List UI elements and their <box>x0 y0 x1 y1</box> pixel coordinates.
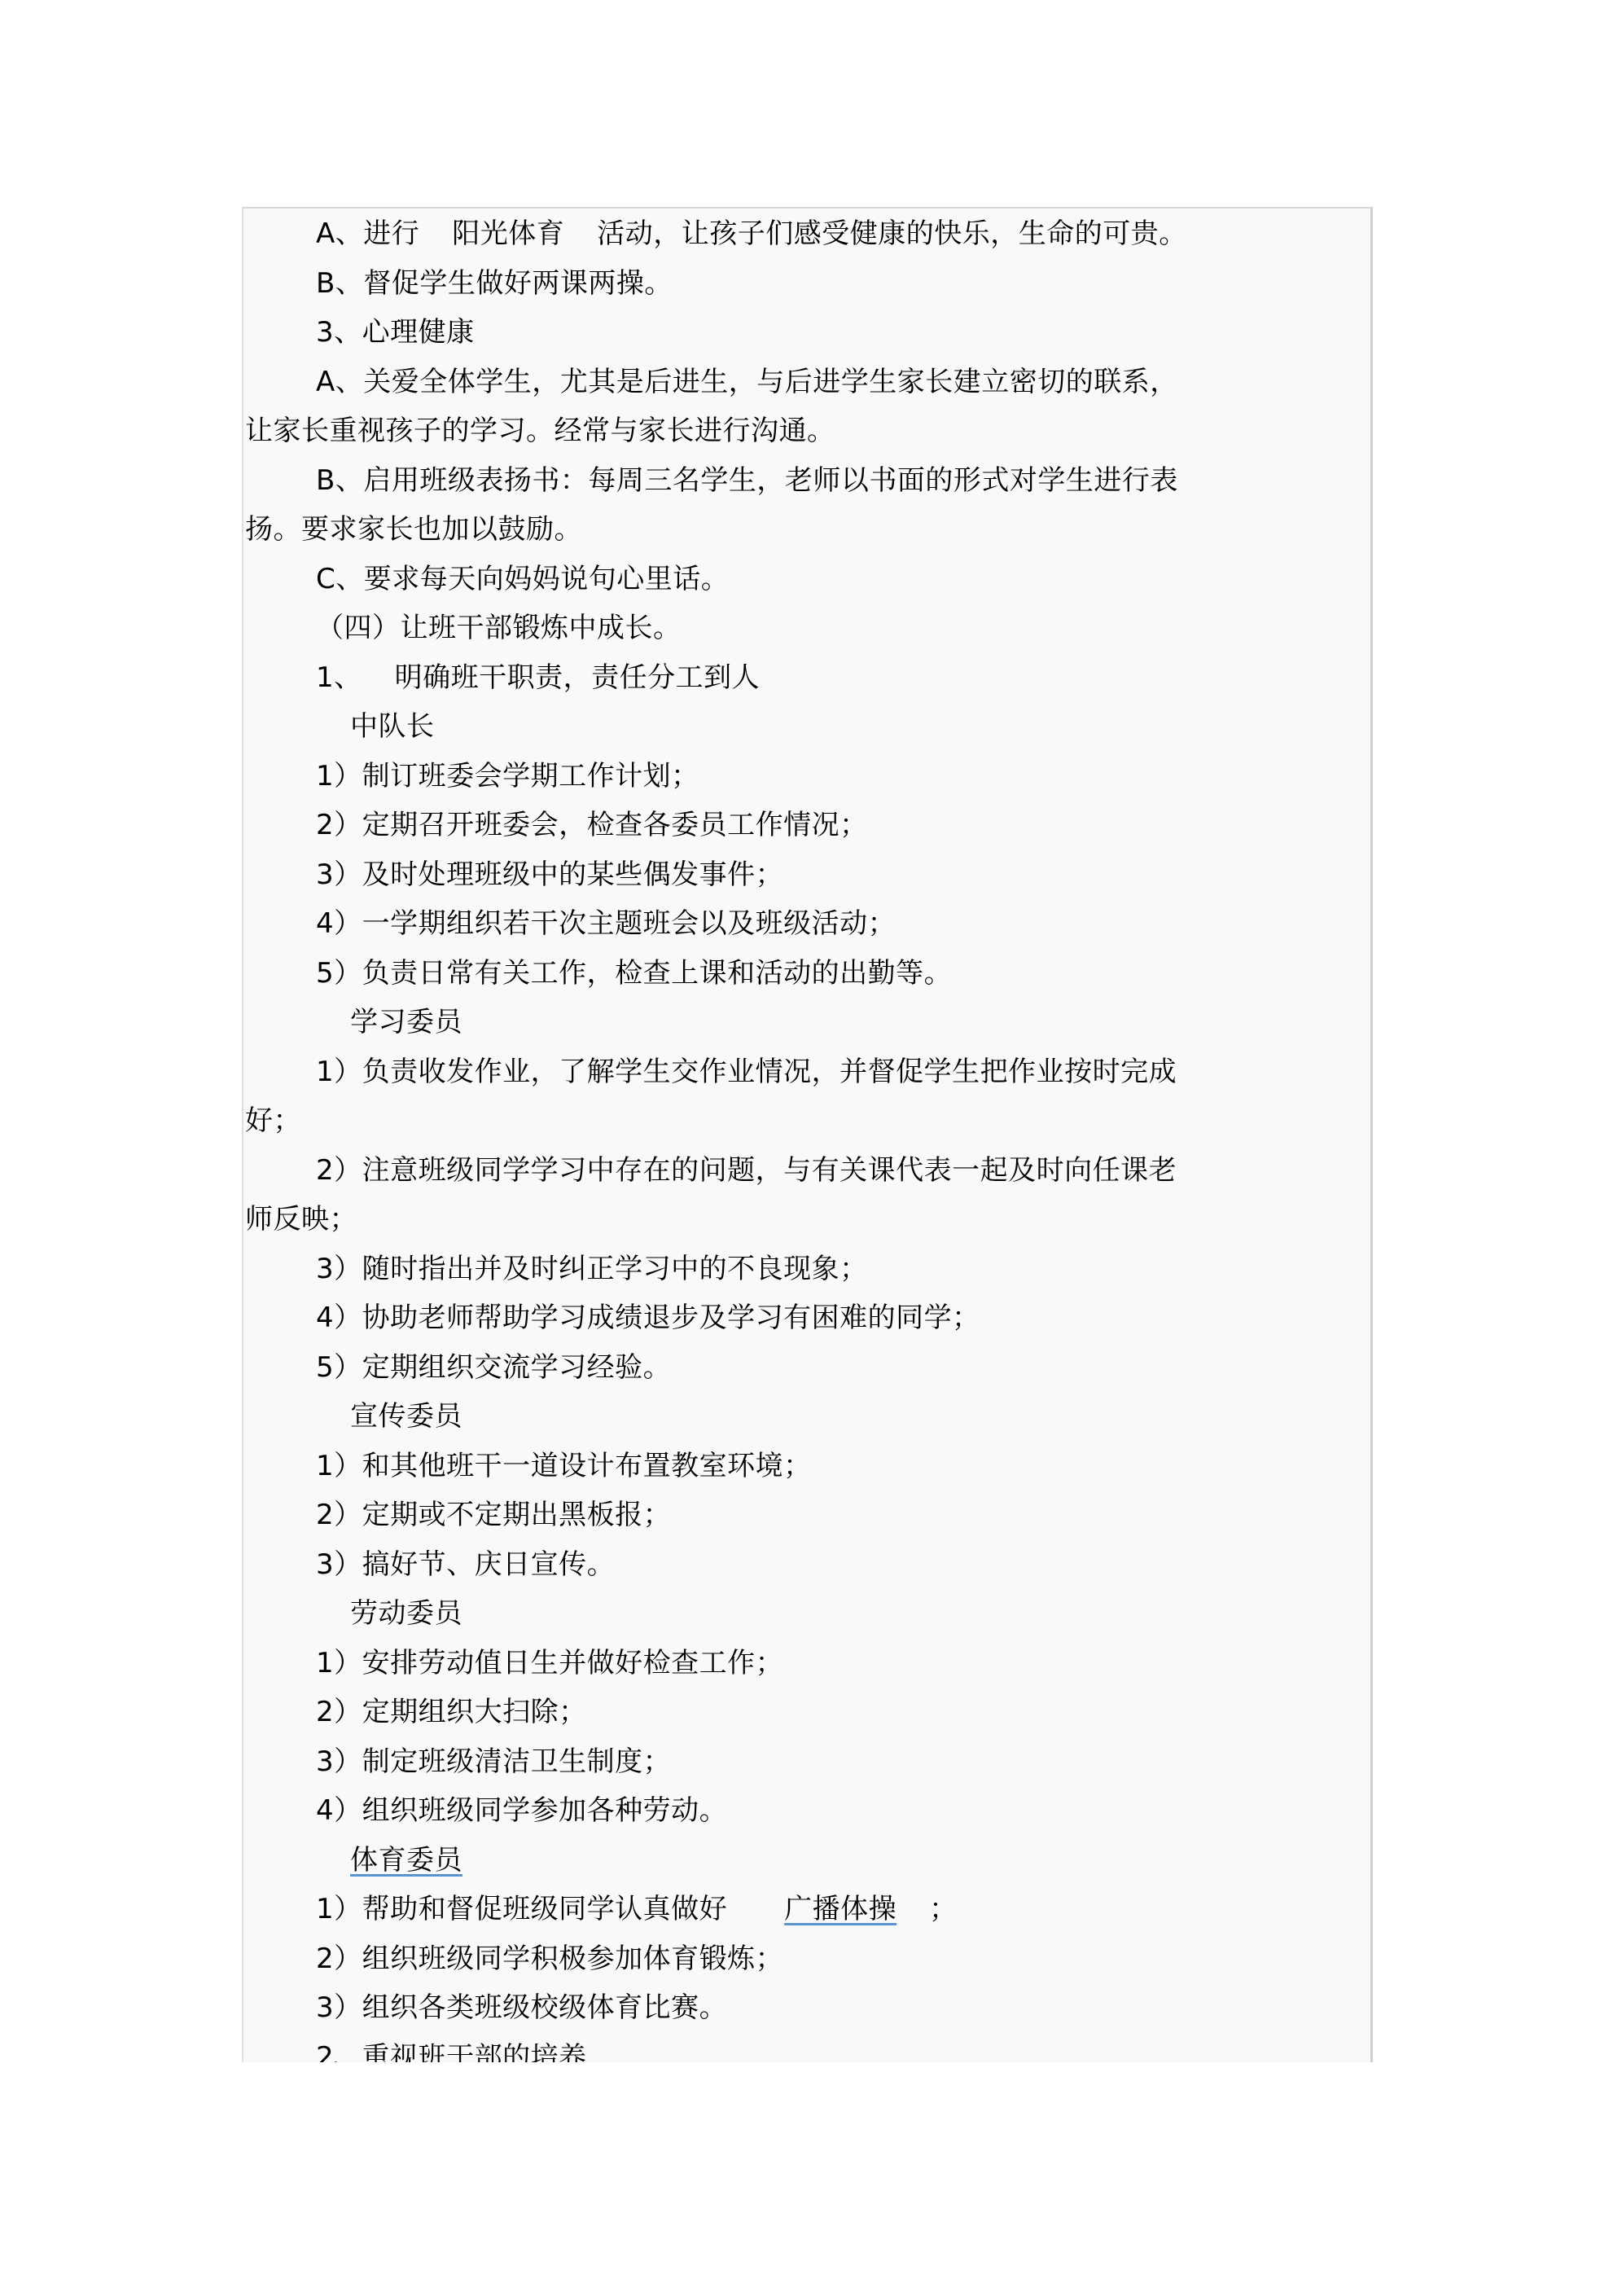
text-segment: 1）制订班委会学期工作计划； <box>316 760 699 792</box>
text-segment: 3）及时处理班级中的某些偶发事件； <box>316 858 783 891</box>
text-segment: 宣传委员 <box>350 1400 462 1433</box>
text-segment: C、要求每天向妈妈说句心里话。 <box>316 563 729 595</box>
text-segment: 阳光体育 <box>452 217 564 250</box>
text-segment: 1、 <box>316 661 362 694</box>
text-line: 1、明确班干职责，责任分工到人 <box>316 661 760 694</box>
text-segment: 4）协助老师帮助学习成绩退步及学习有困难的同学； <box>316 1302 980 1334</box>
text-line: 师反映； <box>245 1203 357 1236</box>
text-line: 1）制订班委会学期工作计划； <box>316 760 699 792</box>
text-segment: 学习委员 <box>350 1006 462 1038</box>
text-segment: 扬。要求家长也加以鼓励。 <box>245 513 582 546</box>
text-line: 5）定期组织交流学习经验。 <box>316 1351 671 1384</box>
text-segment: 1）负责收发作业，了解学生交作业情况，并督促学生把作业按时完成 <box>316 1056 1177 1088</box>
text-line: A、关爱全体学生，尤其是后进生，与后进学生家长建立密切的联系， <box>316 366 1178 398</box>
text-segment: 3、心理健康 <box>316 316 475 349</box>
underlined-term: 体育委员 <box>350 1844 462 1877</box>
text-line: 1）负责收发作业，了解学生交作业情况，并督促学生把作业按时完成 <box>316 1056 1177 1088</box>
text-segment: B、督促学生做好两课两操。 <box>316 267 673 300</box>
text-line: 劳动委员 <box>350 1597 462 1630</box>
text-segment: （四）让班干部锻炼中成长。 <box>316 612 682 644</box>
text-segment: 1）帮助和督促班级同学认真做好 <box>316 1893 727 1925</box>
text-segment: 劳动委员 <box>350 1597 462 1630</box>
text-line: 3）组织各类班级校级体育比赛。 <box>316 1991 727 2024</box>
text-segment: 1）和其他班干一道设计布置教室环境； <box>316 1450 812 1482</box>
text-line: 学习委员 <box>350 1006 462 1038</box>
text-line: 体育委员 <box>350 1844 462 1877</box>
text-segment: A、关爱全体学生，尤其是后进生，与后进学生家长建立密切的联系， <box>316 366 1178 398</box>
text-segment: 2）定期组织大扫除； <box>316 1696 587 1728</box>
text-segment: 好； <box>245 1104 301 1137</box>
text-segment: ； <box>929 1893 958 1925</box>
text-segment: 2、重视班干部的培养 <box>316 2041 587 2063</box>
text-segment: 活动，让孩子们感受健康的快乐，生命的可贵。 <box>597 217 1187 250</box>
text-line: 3）及时处理班级中的某些偶发事件； <box>316 858 783 891</box>
text-segment: 3）制定班级清洁卫生制度； <box>316 1745 671 1778</box>
text-line: 2）组织班级同学积极参加体育锻炼； <box>316 1943 783 1975</box>
text-line: 1）帮助和督促班级同学认真做好广播体操； <box>316 1893 958 1925</box>
text-line: 4）一学期组织若干次主题班会以及班级活动； <box>316 907 896 940</box>
text-segment: 1）安排劳动值日生并做好检查工作； <box>316 1647 783 1679</box>
text-segment: 5）负责日常有关工作，检查上课和活动的出勤等。 <box>316 957 952 990</box>
text-line: 2）注意班级同学学习中存在的问题，与有关课代表一起及时向任课老 <box>316 1154 1177 1187</box>
text-line: A、进行阳光体育活动，让孩子们感受健康的快乐，生命的可贵。 <box>316 217 1187 250</box>
text-segment: B、启用班级表扬书：每周三名学生，老师以书面的形式对学生进行表 <box>316 464 1178 497</box>
text-segment: 4）组织班级同学参加各种劳动。 <box>316 1794 727 1827</box>
text-line: 好； <box>245 1104 301 1137</box>
text-segment: A、进行 <box>316 217 419 250</box>
text-line: 5）负责日常有关工作，检查上课和活动的出勤等。 <box>316 957 952 990</box>
text-segment: 4）一学期组织若干次主题班会以及班级活动； <box>316 907 896 940</box>
text-segment: 3）组织各类班级校级体育比赛。 <box>316 1991 727 2024</box>
text-line: B、启用班级表扬书：每周三名学生，老师以书面的形式对学生进行表 <box>316 464 1178 497</box>
text-segment: 5）定期组织交流学习经验。 <box>316 1351 671 1384</box>
document-page: A、进行阳光体育活动，让孩子们感受健康的快乐，生命的可贵。B、督促学生做好两课两… <box>242 207 1373 2062</box>
text-line: 中队长 <box>350 710 435 743</box>
underlined-term: 广播体操 <box>784 1893 896 1925</box>
text-line: 3）随时指出并及时纠正学习中的不良现象； <box>316 1253 868 1285</box>
text-line: 2）定期组织大扫除； <box>316 1696 587 1728</box>
text-segment: 2）定期召开班委会，检查各委员工作情况； <box>316 809 868 841</box>
text-segment: 中队长 <box>350 710 435 743</box>
text-line: 4）协助老师帮助学习成绩退步及学习有困难的同学； <box>316 1302 980 1334</box>
text-line: （四）让班干部锻炼中成长。 <box>316 612 682 644</box>
text-line: 3）制定班级清洁卫生制度； <box>316 1745 671 1778</box>
text-segment: 3）随时指出并及时纠正学习中的不良现象； <box>316 1253 868 1285</box>
text-line: 1）和其他班干一道设计布置教室环境； <box>316 1450 812 1482</box>
text-line: 2）定期或不定期出黑板报； <box>316 1499 671 1531</box>
text-line: 让家长重视孩子的学习。经常与家长进行沟通。 <box>245 415 835 447</box>
text-line: 宣传委员 <box>350 1400 462 1433</box>
text-line: C、要求每天向妈妈说句心里话。 <box>316 563 729 595</box>
text-segment: 2）组织班级同学积极参加体育锻炼； <box>316 1943 783 1975</box>
text-line: 2、重视班干部的培养 <box>316 2041 587 2063</box>
text-line: B、督促学生做好两课两操。 <box>316 267 673 300</box>
text-line: 扬。要求家长也加以鼓励。 <box>245 513 582 546</box>
text-line: 2）定期召开班委会，检查各委员工作情况； <box>316 809 868 841</box>
text-segment: 2）定期或不定期出黑板报； <box>316 1499 671 1531</box>
text-segment: 3）搞好节、庆日宣传。 <box>316 1548 615 1581</box>
text-segment: 明确班干职责，责任分工到人 <box>395 661 761 694</box>
text-segment: 师反映； <box>245 1203 357 1236</box>
text-line: 1）安排劳动值日生并做好检查工作； <box>316 1647 783 1679</box>
text-line: 3）搞好节、庆日宣传。 <box>316 1548 615 1581</box>
text-line: 3、心理健康 <box>316 316 475 349</box>
text-segment: 让家长重视孩子的学习。经常与家长进行沟通。 <box>245 415 835 447</box>
text-line: 4）组织班级同学参加各种劳动。 <box>316 1794 727 1827</box>
text-segment: 2）注意班级同学学习中存在的问题，与有关课代表一起及时向任课老 <box>316 1154 1177 1187</box>
